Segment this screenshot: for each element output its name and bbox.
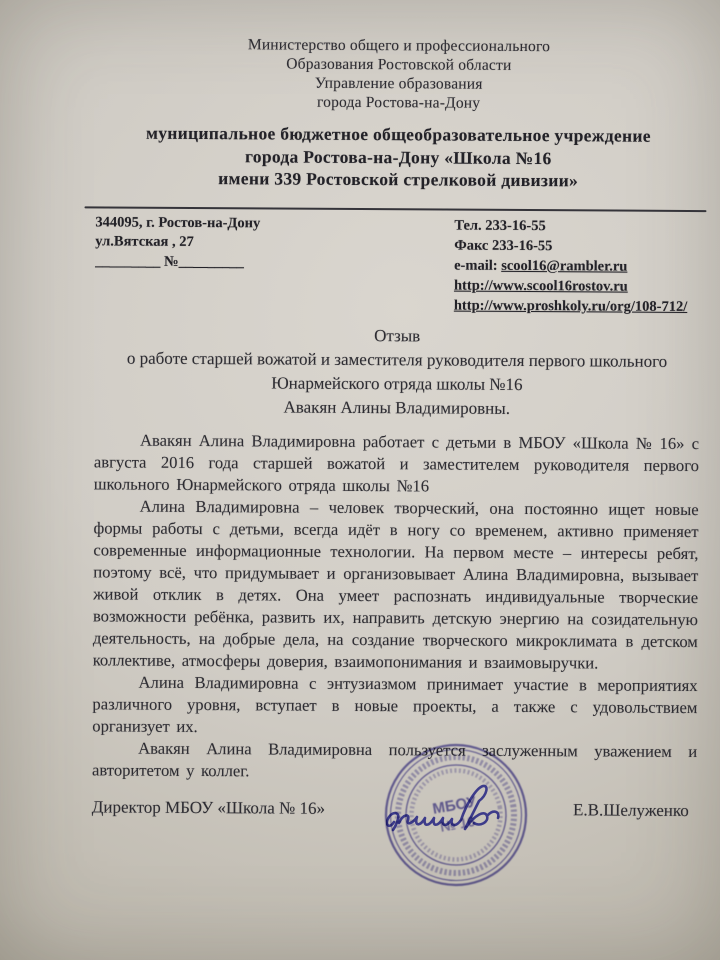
org-line: муниципальное бюджетное общеобразователь… (96, 121, 701, 147)
email-line: e-mail: scool16@rambler.ru (454, 255, 700, 277)
address-line: ул.Вятская , 27 (95, 232, 454, 254)
body-paragraph: Алина Владимировна – человек творческий,… (93, 495, 699, 675)
document-title: Отзыв о работе старшей вожатой и замести… (94, 322, 700, 422)
letter-sheet: Министерство общего и профессионального … (0, 0, 720, 960)
phone-line: Тел. 233-16-55 (454, 215, 700, 237)
address-block: 344095, г. Ростов-на-Дону ул.Вятская , 2… (95, 213, 455, 315)
email-label: e-mail: (454, 257, 501, 273)
body-paragraph: Авакян Алина Владимировна работает с дет… (94, 429, 699, 499)
director-name: Е.В.Шелуженко (573, 800, 697, 821)
ref-number-blank: _________ №_________ (95, 252, 454, 274)
org-line: имени 339 Ростовской стрелковой дивизии» (96, 166, 701, 192)
document-photo: Министерство общего и профессионального … (0, 0, 720, 960)
handwritten-signature (386, 776, 518, 844)
director-position-label: Директор МБОУ «Школа № 16» (92, 797, 325, 818)
body-paragraph: Алина Владимировна с энтузиазмом принима… (92, 671, 697, 741)
letterhead-school-name: муниципальное бюджетное общеобразователь… (96, 121, 701, 192)
title-line: Авакян Алины Владимировны. (94, 394, 699, 422)
requisites-row: 344095, г. Ростов-на-Дону ул.Вятская , 2… (95, 213, 701, 317)
fax-line: Факс 233-16-55 (454, 235, 700, 257)
letter-body: Авакян Алина Владимировна работает с дет… (92, 429, 699, 785)
letterhead-ministry: Министерство общего и профессионального … (96, 34, 701, 114)
address-line: 344095, г. Ростов-на-Дону (95, 213, 454, 235)
website-url-2: http://www.proshkoly.ru/org/108-712/ (454, 295, 700, 317)
divider-line (84, 206, 706, 212)
title-line: Отзыв (95, 322, 700, 350)
title-line: Юнармейского отряда школы №16 (94, 370, 699, 398)
email-address: scool16@rambler.ru (501, 257, 627, 274)
website-url-1: http://www.scool16rostov.ru (454, 275, 700, 297)
contact-block: Тел. 233-16-55 Факс 233-16-55 e-mail: sc… (454, 215, 701, 317)
ministry-line: города Ростова-на-Дону (96, 91, 701, 114)
title-line: о работе старшей вожатой и заместителя р… (94, 346, 699, 374)
signature-graphic (386, 776, 518, 844)
